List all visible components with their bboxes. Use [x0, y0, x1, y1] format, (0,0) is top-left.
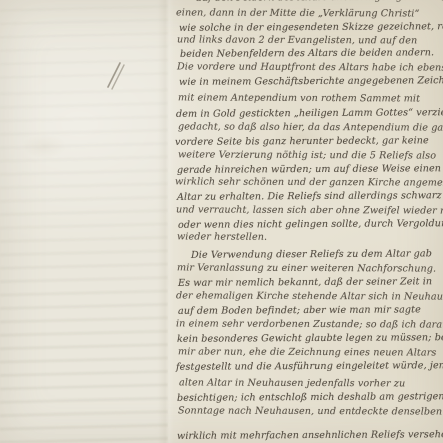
manuscript-line: der ehemaligen Kirche stehende Altar sic…	[176, 290, 443, 304]
manuscript-line: Altar zu erhalten. Die Reliefs sind alle…	[177, 190, 443, 205]
manuscript-line paragraph-start: Die Verwendung dieser Reliefs zu dem Alt…	[191, 248, 443, 263]
manuscript-line: beiden Nebenfeldern des Altars die beide…	[180, 47, 443, 62]
manuscript-line: einen, dann in der Mitte die „Verklärung…	[176, 7, 443, 21]
manuscript-line: dem in Gold gestickten „heiligen Lamm Go…	[176, 107, 443, 122]
manuscript-line: wie in meinem Geschäftsberichte angegebe…	[179, 75, 443, 90]
manuscript-line: mir aber nun, ehe die Zeichnung eines ne…	[178, 346, 443, 360]
manuscript-line: auf den Feldern des Altars anzubringen g…	[196, 0, 443, 6]
manuscript-line: mit einem Antependium von rothem Sammet …	[178, 92, 443, 106]
manuscript-line: Die vordere und Hauptfront des Altars ha…	[177, 61, 443, 75]
manuscript-line: festgestellt und die Ausführung eingelei…	[176, 360, 443, 375]
manuscript-line: wieder herstellen.	[177, 231, 443, 245]
manuscript-line: Es war mir nemlich bekannt, daß der sein…	[178, 276, 443, 291]
manuscript-line: besichtigen; ich entschloß mich deshalb …	[177, 391, 443, 406]
manuscript-line: mir Veranlassung zu einer weiteren Nachf…	[177, 262, 443, 276]
double-slash-mark	[103, 58, 129, 92]
bleedthrough-upper	[0, 0, 168, 84]
manuscript-line: auf dem Boden befindet; aber wie man mir…	[178, 304, 443, 319]
manuscript-line: in einem sehr verdorbenen Zustande; so d…	[176, 318, 443, 332]
bleedthrough-lower	[0, 84, 168, 443]
manuscript-line: kein besonderes Gewicht glaubte legen zu…	[177, 332, 443, 347]
manuscript-scan: auf den Feldern des Altars anzubringen g…	[0, 0, 443, 443]
manuscript-line: und links davon 2 der Evangelisten, und …	[177, 34, 443, 48]
manuscript-line: wirklich mit mehrfachen ansehnlichen Rel…	[177, 429, 443, 443]
manuscript-line: vordere Seite bis ganz herunter bedeckt,…	[175, 135, 443, 150]
manuscript-line: wirklich sehr schönen und der ganzen Kir…	[175, 176, 443, 190]
manuscript-line: und verraucht, lassen sich aber ohne Zwe…	[176, 204, 443, 218]
manuscript-line: gedacht, so daß also hier, da das Antepe…	[178, 121, 443, 135]
manuscript-line: alten Altar in Neuhausen jedenfalls vorh…	[179, 377, 443, 391]
manuscript-line: weitere Verzierung nöthig ist; und die 5…	[178, 149, 443, 163]
manuscript-line: Sonntage nach Neuhausen, und entdeckte d…	[178, 405, 443, 419]
